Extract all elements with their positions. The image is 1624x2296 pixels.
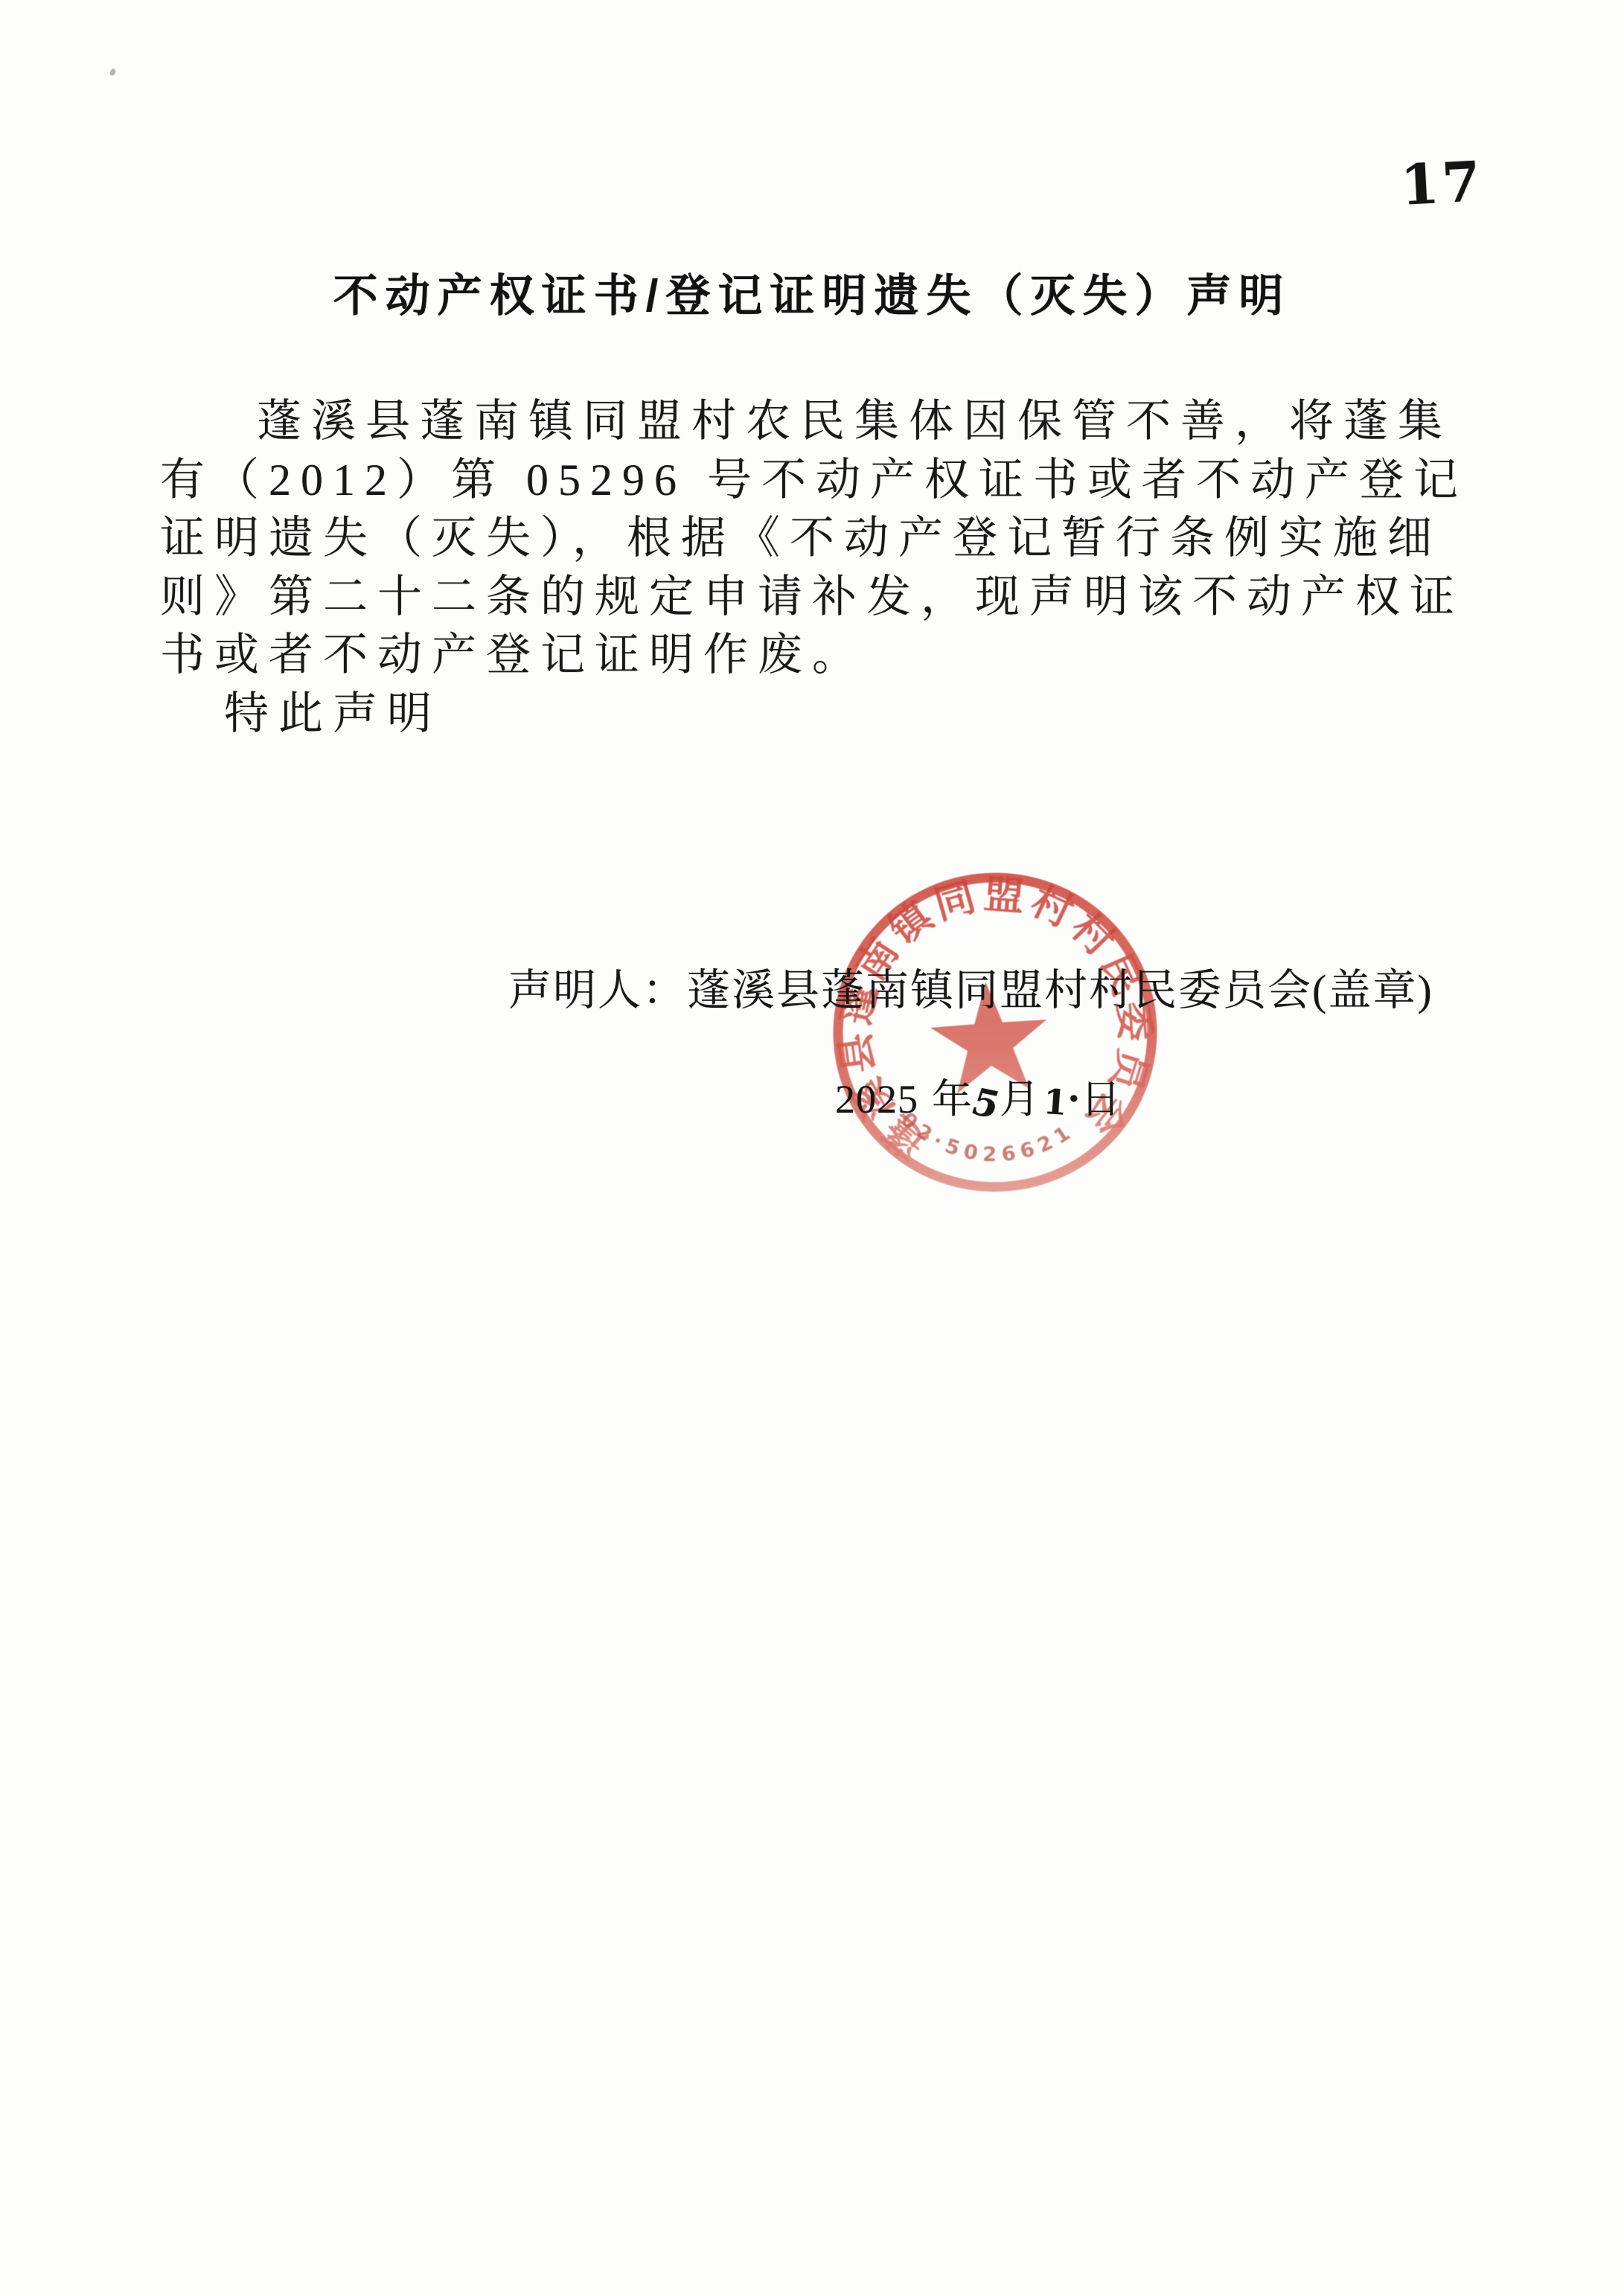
document-title: 不动产权证书/登记证明遗失（灭失）声明 (0, 260, 1624, 324)
date-day-ink-dot: • (1070, 1085, 1079, 1113)
page-number: 17 (1399, 150, 1485, 218)
seal-graphic: 蓬溪县蓬南镇同盟村村民委员会 02·5026621 (816, 855, 1174, 1209)
signer-label: 声明人： (508, 966, 687, 1014)
scan-artifact (109, 68, 117, 77)
body-line-5: 书或者不动产登记证明作废。 (160, 626, 1471, 685)
date-month-unit: 月 (1000, 1077, 1040, 1122)
body-line-3: 证明遗失（灭失），根据《不动产登记暂行条例实施细 (160, 509, 1471, 568)
body-line-4: 则》第二十二条的规定申请补发，现声明该不动产权证 (160, 568, 1471, 627)
official-seal: 蓬溪县蓬南镇同盟村村民委员会 02·5026621 (816, 855, 1174, 1209)
body-line-2: 有（2012）第 05296 号不动产权证书或者不动产登记 (160, 451, 1471, 510)
signer-name: 蓬溪县蓬南镇同盟村村民委员会(盖章) (687, 966, 1433, 1014)
body-line-1: 蓬溪县蓬南镇同盟村农民集体因保管不善，将蓬集 (160, 392, 1471, 451)
date-year: 2025 (835, 1077, 918, 1122)
date-day-handwritten: 1 (1042, 1081, 1070, 1123)
date-day-unit: 日 (1081, 1077, 1122, 1122)
document-page: 17 不动产权证书/登记证明遗失（灭失）声明 蓬溪县蓬南镇同盟村农民集体因保管不… (0, 0, 1624, 2296)
date-year-unit: 年 (932, 1077, 973, 1122)
closing-line: 特此声明 (160, 685, 1471, 744)
body-paragraph: 蓬溪县蓬南镇同盟村农民集体因保管不善，将蓬集 有（2012）第 05296 号不… (160, 392, 1471, 743)
date-line: 2025年5月1•日 (835, 1067, 1122, 1125)
signer-line: 声明人：蓬溪县蓬南镇同盟村村民委员会(盖章) (508, 955, 1433, 1017)
